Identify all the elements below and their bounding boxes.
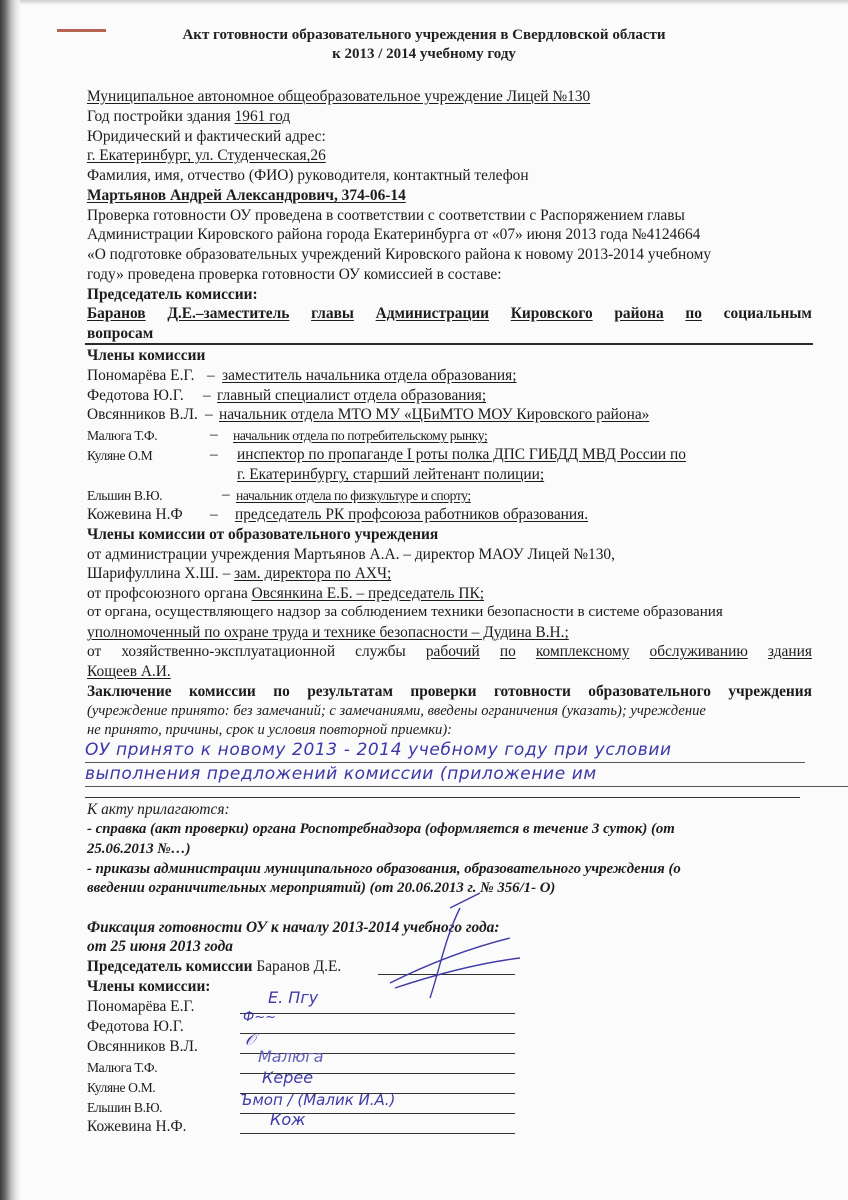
member-name: Кожевина Н.Ф xyxy=(87,505,183,525)
scanner-edge xyxy=(0,0,20,1200)
address-label: Юридический и фактический адрес: xyxy=(87,127,326,147)
union-line: от профсоюзного органа Овсянкина Е.Б. – … xyxy=(87,584,484,604)
writing-line xyxy=(85,786,848,787)
member-role: главный специалист отдела образования; xyxy=(217,386,486,406)
document-title: Акт готовности образовательного учрежден… xyxy=(0,26,848,64)
scanner-top-shadow xyxy=(20,0,848,5)
signatory-name: Овсянников В.Л. xyxy=(87,1037,198,1057)
signature-line xyxy=(240,1013,515,1014)
handwritten-conclusion-line-1: ОУ принято к новому 2013 - 2014 учебному… xyxy=(85,740,672,760)
word: комплексному xyxy=(536,642,630,662)
word: учреждения xyxy=(728,682,812,702)
word: готовности xyxy=(494,682,571,702)
member-dash: – xyxy=(210,425,218,445)
signatory-name: Малюга Т.Ф. xyxy=(87,1058,157,1078)
word: хозяйственно-эксплуатационной xyxy=(121,642,335,662)
building-year-label: Год постройки здания xyxy=(87,108,235,125)
signature: Ф~~ xyxy=(243,1010,276,1025)
commission-heading: Члены комиссии xyxy=(87,346,205,366)
attachment-1-line-1: - справка (акт проверки) органа Роспотре… xyxy=(87,820,675,840)
chairman-label: Председатель комиссии xyxy=(87,958,256,975)
word: Администрации xyxy=(376,304,489,324)
signatory-name: Куляне О.М. xyxy=(87,1078,155,1098)
attachments-heading: К акту прилагаются: xyxy=(87,800,230,820)
word: образовательного xyxy=(588,682,711,702)
inspection-line-3: «О подготовке образовательных учреждений… xyxy=(87,245,711,265)
word: по xyxy=(273,682,290,702)
signatory-name: Кожевина Н.Ф. xyxy=(87,1117,186,1137)
signature-line xyxy=(240,1033,515,1034)
member-name: Овсянников В.Л. xyxy=(87,405,198,425)
member-role: начальник отдела МТО МУ «ЦБиМТО МОУ Киро… xyxy=(219,405,649,425)
member-role: начальник отдела по потребительскому рын… xyxy=(233,426,487,446)
signatory-name: Федотова Ю.Г. xyxy=(87,1017,184,1037)
word: района xyxy=(614,304,663,324)
signature-line xyxy=(240,1133,515,1134)
conclusion-hint-1: (учреждение принято: без замечаний; с за… xyxy=(87,702,706,722)
building-year: Год постройки здания 1961 год xyxy=(87,107,290,127)
handwritten-conclusion-line-2: выполнения предложений комиссии (приложе… xyxy=(85,764,597,784)
fixation-members-heading: Члены комиссии: xyxy=(87,977,210,997)
member-dash: – xyxy=(222,485,230,505)
inspection-line-2: Администрации Кировского района города Е… xyxy=(87,225,700,245)
chairman-signature xyxy=(370,888,530,1008)
word: Кировского xyxy=(511,304,593,324)
word: социальным xyxy=(724,304,812,324)
deputy-name: Шарифуллина Х.Ш. – xyxy=(87,565,234,582)
chairman-line-2: вопросам xyxy=(87,324,153,344)
signature: Керее xyxy=(262,1068,313,1087)
signature: Кож xyxy=(270,1110,306,1129)
deputy-role: зам. директора по АХЧ; xyxy=(234,565,391,582)
word: результатам xyxy=(307,682,393,702)
signature: Малюга xyxy=(258,1047,324,1066)
word: главы xyxy=(311,304,354,324)
member-dash: – xyxy=(207,366,215,386)
institution-name: Муниципальное автономное общеобразовател… xyxy=(87,87,590,107)
fixation-chairman: Председатель комиссии Баранов Д.Е. xyxy=(87,957,341,977)
inspection-line-1: Проверка готовности ОУ проведена в соотв… xyxy=(87,206,685,226)
word: по xyxy=(500,642,516,662)
institution-members-heading: Члены комиссии от образовательного учреж… xyxy=(87,525,438,545)
member-name: Ельшин В.Ю. xyxy=(87,486,162,506)
chairman-name: Баранов Д.Е. xyxy=(256,958,341,975)
word: комиссии xyxy=(189,682,256,702)
member-role: заместитель начальника отдела образовани… xyxy=(222,366,517,386)
safety-label: от органа, осуществляющего надзор за соб… xyxy=(87,603,723,623)
signatory-name: Пономарёва Е.Г. xyxy=(87,997,194,1017)
chairman-line-1: Баранов Д.Е.–заместитель главы Администр… xyxy=(87,304,812,324)
inspection-line-4: году» проведена проверка готовности ОУ к… xyxy=(87,265,502,285)
word: Баранов xyxy=(87,304,146,324)
member-name: Федотова Ю.Г. xyxy=(87,386,184,406)
attachment-2-line-1: - приказы администрации муниципального о… xyxy=(87,860,681,880)
member-role: председатель РК профсоюза работников обр… xyxy=(235,505,588,525)
word: рабочий xyxy=(426,642,480,662)
title-line-2: к 2013 / 2014 учебному году xyxy=(0,45,848,64)
member-dash: – xyxy=(210,445,218,465)
conclusion-heading: Заключение комиссии по результатам прове… xyxy=(87,682,812,702)
building-year-value: 1961 год xyxy=(235,108,291,125)
word: обслуживанию xyxy=(650,642,748,662)
fixation-line-2: от 25 июня 2013 года xyxy=(87,937,233,957)
word: Заключение xyxy=(87,682,172,702)
member-role: начальник отдела по физкультуре и спорту… xyxy=(236,486,471,506)
admin-line: от администрации учреждения Мартьянов А.… xyxy=(87,545,615,565)
union-label: от профсоюзного органа xyxy=(87,585,252,602)
head-label: Фамилия, имя, отчество (ФИО) руководител… xyxy=(87,166,529,186)
member-name: Куляне О.М xyxy=(87,446,152,466)
signature: Ъмоп / (Малик И.А.) xyxy=(240,1091,395,1109)
signature: 𝒪 xyxy=(245,1030,255,1050)
word: от xyxy=(87,642,101,662)
chairman-underline xyxy=(85,343,813,345)
member-role-continued: г. Екатеринбургу, старший лейтенант поли… xyxy=(237,465,544,485)
deputy-line: Шарифуллина Х.Ш. – зам. директора по АХЧ… xyxy=(87,564,391,584)
address-value: г. Екатеринбург, ул. Студенческая,26 xyxy=(87,146,326,166)
union-value: Овсянкина Е.Б. – председатель ПК; xyxy=(252,585,484,602)
word: по xyxy=(685,304,702,324)
attachment-1-line-2: 25.06.2013 №…) xyxy=(87,840,191,860)
head-value: Мартьянов Андрей Александрович, 374-06-1… xyxy=(87,186,406,206)
member-dash: – xyxy=(205,405,213,425)
conclusion-hint-2: не принято, причины, срок и условия повт… xyxy=(87,721,452,741)
signature: Е. Пгу xyxy=(268,988,318,1007)
word: службы xyxy=(355,642,406,662)
member-dash: – xyxy=(203,386,211,406)
member-name: Малюга Т.Ф. xyxy=(87,426,157,446)
word: Д.Е.–заместитель xyxy=(167,304,289,324)
safety-value: уполномоченный по охране труда и технике… xyxy=(87,623,569,643)
writing-line xyxy=(85,797,800,798)
member-dash: – xyxy=(210,505,218,525)
signatory-name: Ельшин В.Ю. xyxy=(87,1098,162,1118)
member-role: инспектор по пропаганде I роты полка ДПС… xyxy=(237,445,686,465)
chairman-heading: Председатель комиссии: xyxy=(87,285,258,305)
service-line: от хозяйственно-эксплуатационной службы … xyxy=(87,642,812,662)
writing-line xyxy=(85,762,805,763)
title-line-1: Акт готовности образовательного учрежден… xyxy=(0,26,848,45)
service-name: Кощеев А.И. xyxy=(87,662,171,682)
member-name: Пономарёва Е.Г. xyxy=(87,366,194,386)
word: проверки xyxy=(410,682,476,702)
word: здания xyxy=(768,642,812,662)
